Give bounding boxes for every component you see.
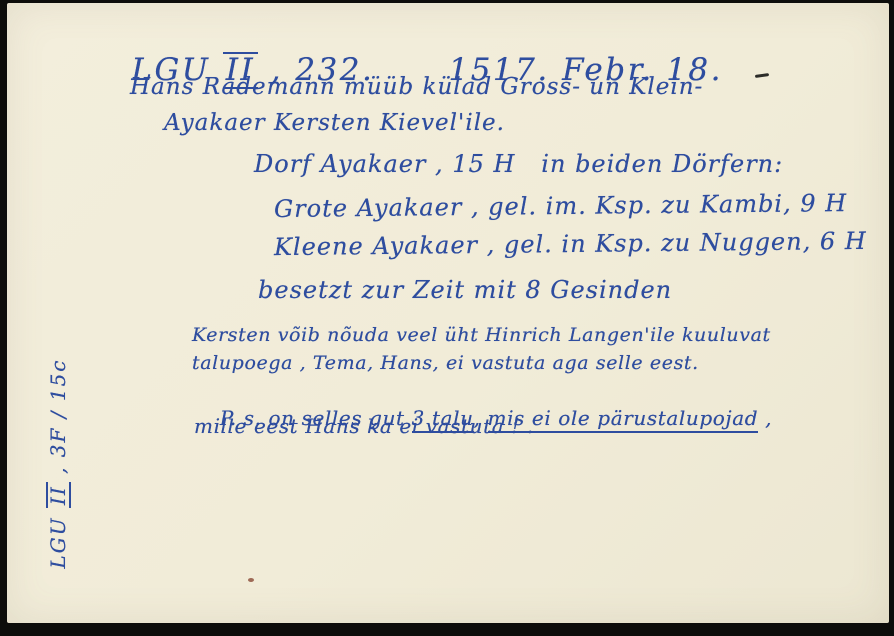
village-grote-line: Grote Ayakaer , gel. im. Ksp. zu Kambi, … bbox=[274, 189, 847, 223]
note-line-1: Kersten võib nõuda veel üht Hinrich Lang… bbox=[192, 324, 771, 346]
card-header-reference: LGU II , 232. 1517. Febr. 18. bbox=[82, 16, 723, 125]
summary-line-1: Hans Rademann müüb külad Gross- un Klein… bbox=[130, 74, 703, 100]
postscript-line-2: mille eest Hans ka ei vastuta ! . bbox=[194, 414, 534, 438]
village-total-line: Dorf Ayakaer , 15 H in beiden Dörfern: bbox=[254, 150, 783, 178]
ps-tail: , bbox=[758, 406, 772, 430]
occupancy-line: besetzt zur Zeit mit 8 Gesinden bbox=[258, 276, 672, 304]
paper-stain-speck bbox=[248, 578, 254, 582]
note-line-2: talupoega , Tema, Hans, ei vastuta aga s… bbox=[192, 352, 699, 374]
margin-roman-numeral: II bbox=[46, 482, 71, 508]
summary-line-2: Ayakaer Kersten Kievel'ile. bbox=[164, 110, 505, 136]
margin-source-abbr: LGU bbox=[46, 508, 70, 568]
margin-shelfmark: LGU II , 3F / 15c bbox=[22, 358, 95, 602]
scanned-card-photo: LGU II , 232. 1517. Febr. 18. Hans Radem… bbox=[0, 0, 894, 636]
margin-rest: , 3F / 15c bbox=[46, 358, 70, 482]
